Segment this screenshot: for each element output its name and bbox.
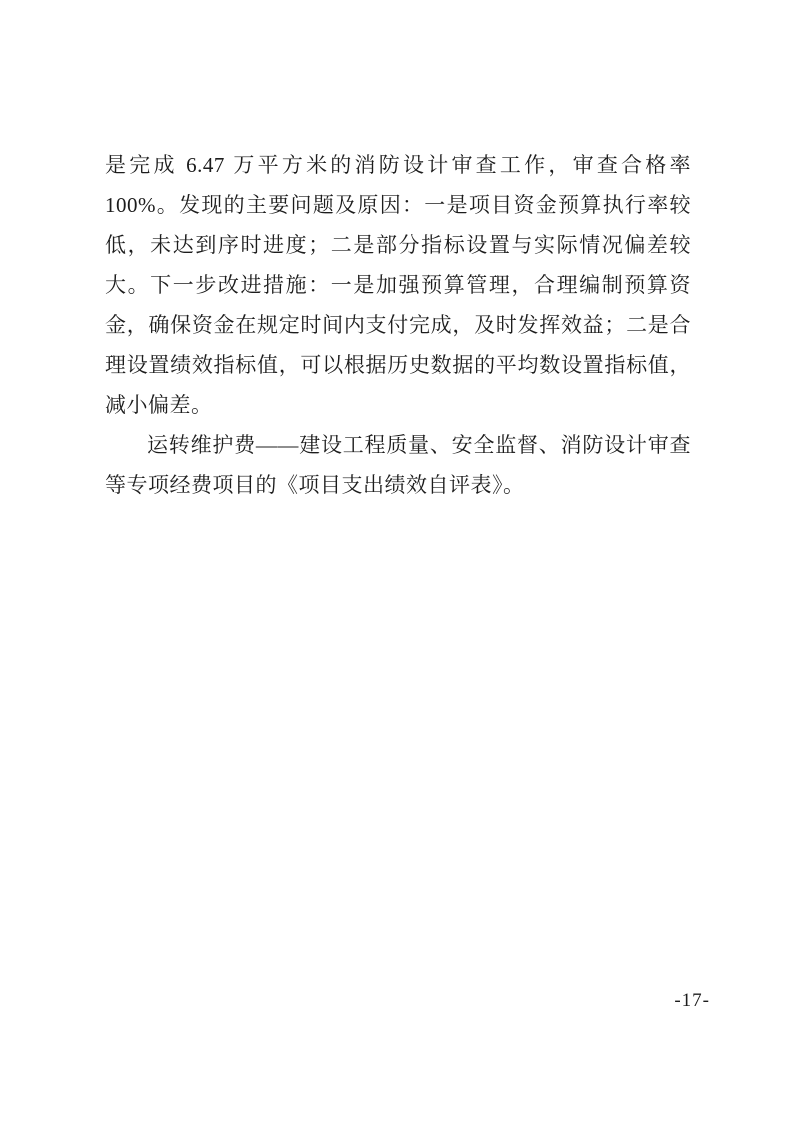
paragraph-performance-review: 是完成 6.47 万平方米的消防设计审查工作，审查合格率 100%。发现的主要问… <box>105 145 691 425</box>
document-page: 是完成 6.47 万平方米的消防设计审查工作，审查合格率 100%。发现的主要问… <box>0 0 793 1122</box>
paragraph-operation-maintenance-fee: 运转维护费——建设工程质量、安全监督、消防设计审查等专项经费项目的《项目支出绩效… <box>105 425 691 505</box>
document-body: 是完成 6.47 万平方米的消防设计审查工作，审查合格率 100%。发现的主要问… <box>105 145 691 505</box>
page-number: -17- <box>0 990 710 1012</box>
